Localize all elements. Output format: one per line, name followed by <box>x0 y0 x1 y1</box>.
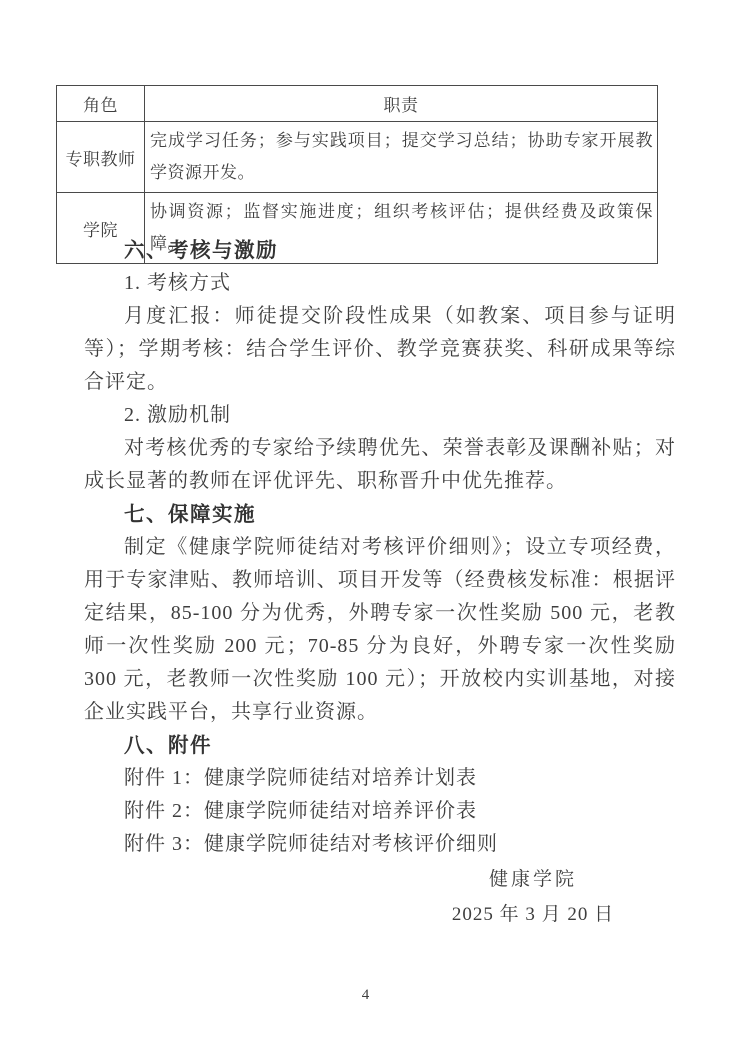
section-heading-safeguard: 七、保障实施 <box>84 498 676 531</box>
table-cell-role: 专职教师 <box>57 122 145 193</box>
page-number: 4 <box>0 987 731 1004</box>
paragraph-incentive-mechanism: 对考核优秀的专家给予续聘优先、荣誉表彰及课酬补贴；对成长显著的教师在评优评先、职… <box>84 432 676 498</box>
section-heading-attachments: 八、附件 <box>84 729 676 762</box>
table-cell-duty: 完成学习任务；参与实践项目；提交学习总结；协助专家开展教学资源开发。 <box>145 122 658 193</box>
table-header-row: 角色 职责 <box>57 86 658 122</box>
paragraph-assessment-method: 月度汇报：师徒提交阶段性成果（如教案、项目参与证明等）；学期考核：结合学生评价、… <box>84 300 676 399</box>
paragraph-safeguard: 制定《健康学院师徒结对考核评价细则》；设立专项经费，用于专家津贴、教师培训、项目… <box>84 531 676 729</box>
attachment-item-2: 附件 2：健康学院师徒结对培养评价表 <box>84 795 676 828</box>
document-body: 六、考核与激励 1. 考核方式 月度汇报：师徒提交阶段性成果（如教案、项目参与证… <box>84 234 676 861</box>
table-header-role: 角色 <box>57 86 145 122</box>
sub-heading-incentive-mechanism: 2. 激励机制 <box>84 399 676 432</box>
document-page: 角色 职责 专职教师 完成学习任务；参与实践项目；提交学习总结；协助专家开展教学… <box>0 0 731 1049</box>
section-heading-assessment: 六、考核与激励 <box>84 234 676 267</box>
attachment-item-1: 附件 1：健康学院师徒结对培养计划表 <box>84 762 676 795</box>
signature-block: 健康学院 2025 年 3 月 20 日 <box>448 863 618 933</box>
signature-org: 健康学院 <box>448 863 618 896</box>
table-row: 专职教师 完成学习任务；参与实践项目；提交学习总结；协助专家开展教学资源开发。 <box>57 122 658 193</box>
attachment-item-3: 附件 3：健康学院师徒结对考核评价细则 <box>84 828 676 861</box>
signature-date: 2025 年 3 月 20 日 <box>448 896 618 933</box>
sub-heading-assessment-method: 1. 考核方式 <box>84 267 676 300</box>
table-header-duty: 职责 <box>145 86 658 122</box>
